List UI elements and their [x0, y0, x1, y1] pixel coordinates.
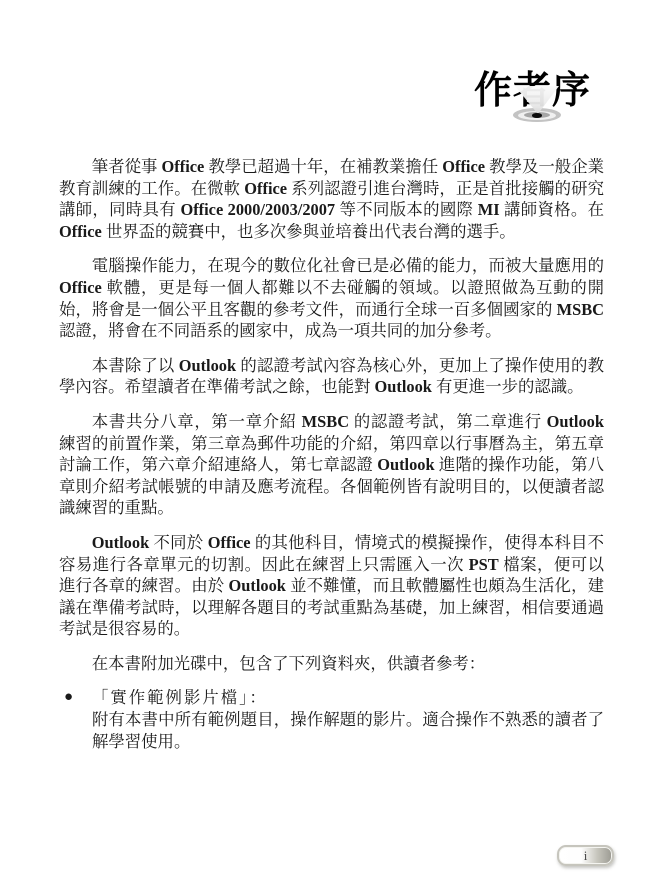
- book-page: 作者序 筆者從事 Office 教學已超過十年，在補教業擔任 Office 教學…: [0, 0, 663, 894]
- list-item: ● 「實作範例影片檔」： 附有本書中所有範例題目，操作解題的影片。適合操作不熟悉…: [59, 687, 604, 752]
- list-item-label: 「實作範例影片檔」：: [92, 687, 604, 709]
- cd-folder-list: ● 「實作範例影片檔」： 附有本書中所有範例題目，操作解題的影片。適合操作不熟悉…: [59, 687, 604, 752]
- paragraph-chapters: 本書共分八章，第一章介紹 MSBC 的認證考試，第二章進行 Outlook 練習…: [59, 411, 604, 519]
- paragraph-book-focus: 本書除了以 Outlook 的認證考試內容為核心外，更加上了操作使用的教學內容。…: [59, 355, 604, 398]
- list-item-body: 「實作範例影片檔」： 附有本書中所有範例題目，操作解題的影片。適合操作不熟悉的讀…: [92, 687, 604, 752]
- paragraph-exam-advice: Outlook 不同於 Office 的其他科目，情境式的模擬操作，使得本科目不…: [59, 532, 604, 640]
- paragraph-career: 筆者從事 Office 教學已超過十年，在補教業擔任 Office 教學及一般企…: [59, 156, 604, 242]
- paragraph-cd-intro: 在本書附加光碟中，包含了下列資料夾，供讀者參考：: [59, 653, 604, 675]
- preface-body: 筆者從事 Office 教學已超過十年，在補教業擔任 Office 教學及一般企…: [59, 156, 604, 752]
- page-number-badge: i: [557, 845, 614, 866]
- list-item-description: 附有本書中所有範例題目，操作解題的影片。適合操作不熟悉的讀者了解學習使用。: [92, 709, 604, 752]
- spotlight-target-icon: [513, 86, 561, 126]
- bullet-icon: ●: [59, 687, 92, 709]
- paragraph-certification: 電腦操作能力，在現今的數位化社會已是必備的能力，而被大量應用的 Office 軟…: [59, 255, 604, 341]
- target-center-dot: [532, 113, 542, 118]
- page-number: i: [584, 848, 588, 864]
